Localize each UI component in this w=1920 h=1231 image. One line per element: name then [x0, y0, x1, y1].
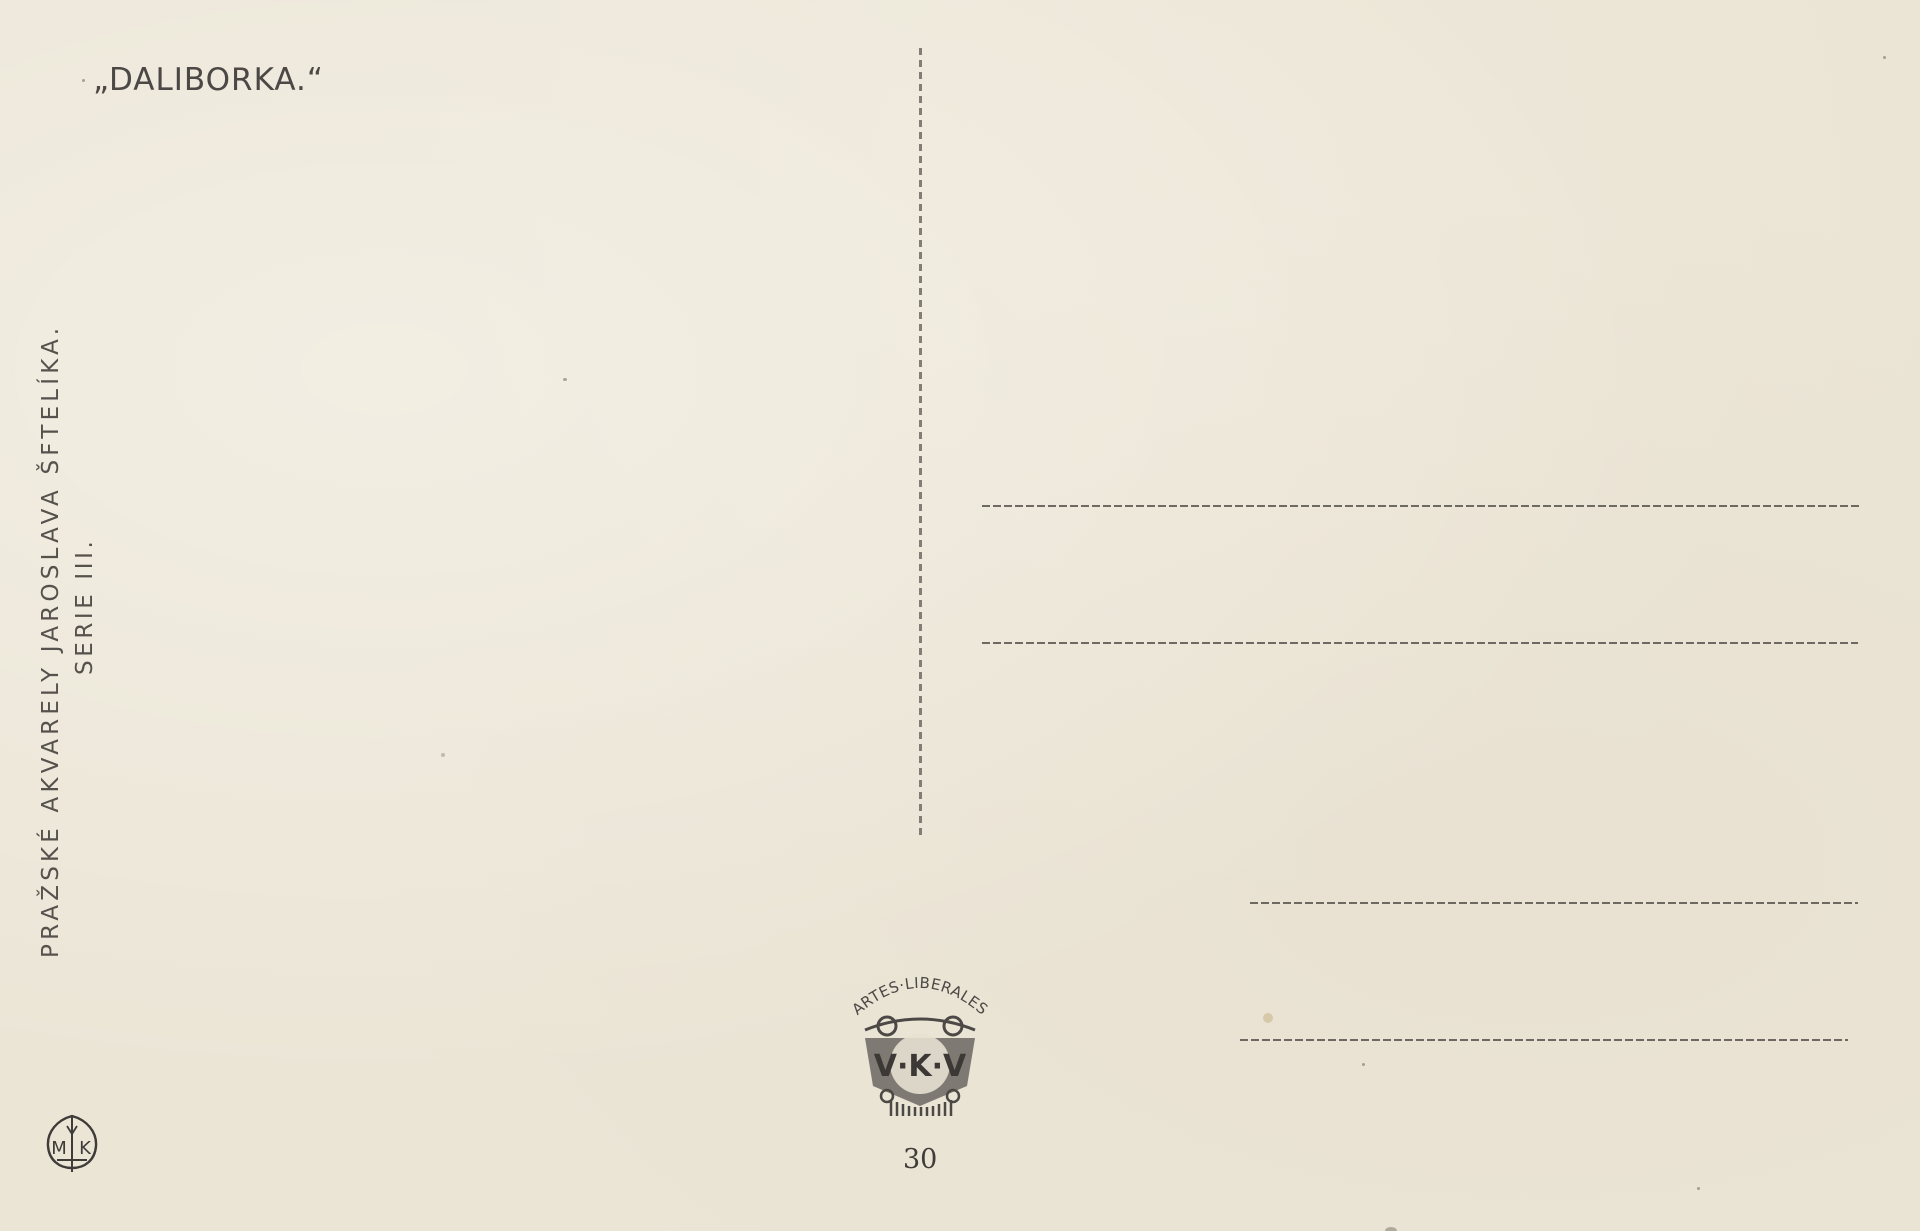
- address-line-3: [1250, 902, 1858, 904]
- address-line-4: [1240, 1039, 1848, 1041]
- logo-letter-k: K: [79, 1138, 92, 1159]
- paper-speck: [563, 378, 567, 381]
- postcard-title: „DALIBORKA.“: [93, 62, 324, 98]
- emblem-motto: ARTES·LIBERALES: [848, 974, 991, 1019]
- paper-speck: [1697, 1187, 1700, 1190]
- paper-speck: [1385, 1227, 1397, 1231]
- card-number: 30: [903, 1144, 937, 1175]
- publisher-logo-icon: M K: [43, 1112, 101, 1174]
- svg-text:ARTES·LIBERALES: ARTES·LIBERALES: [848, 974, 991, 1019]
- logo-letter-m: M: [51, 1138, 67, 1159]
- series-number: SERIE III.: [72, 538, 98, 675]
- artes-liberales-emblem-icon: ARTES·LIBERALES V·K·V: [845, 968, 995, 1118]
- paper-speck: [82, 79, 85, 82]
- paper-speck: [1362, 1063, 1365, 1066]
- emblem-initials: V·K·V: [874, 1049, 967, 1084]
- series-caption: PRAŽSKÉ AKVARELY JAROSLAVA ŠFTELÍKA.: [38, 324, 64, 958]
- paper-speck: [1263, 1013, 1273, 1023]
- center-divider: [919, 48, 922, 840]
- paper-speck: [1883, 56, 1886, 59]
- address-line-2: [982, 642, 1858, 644]
- address-line-1: [982, 505, 1862, 507]
- paper-speck: [441, 753, 445, 757]
